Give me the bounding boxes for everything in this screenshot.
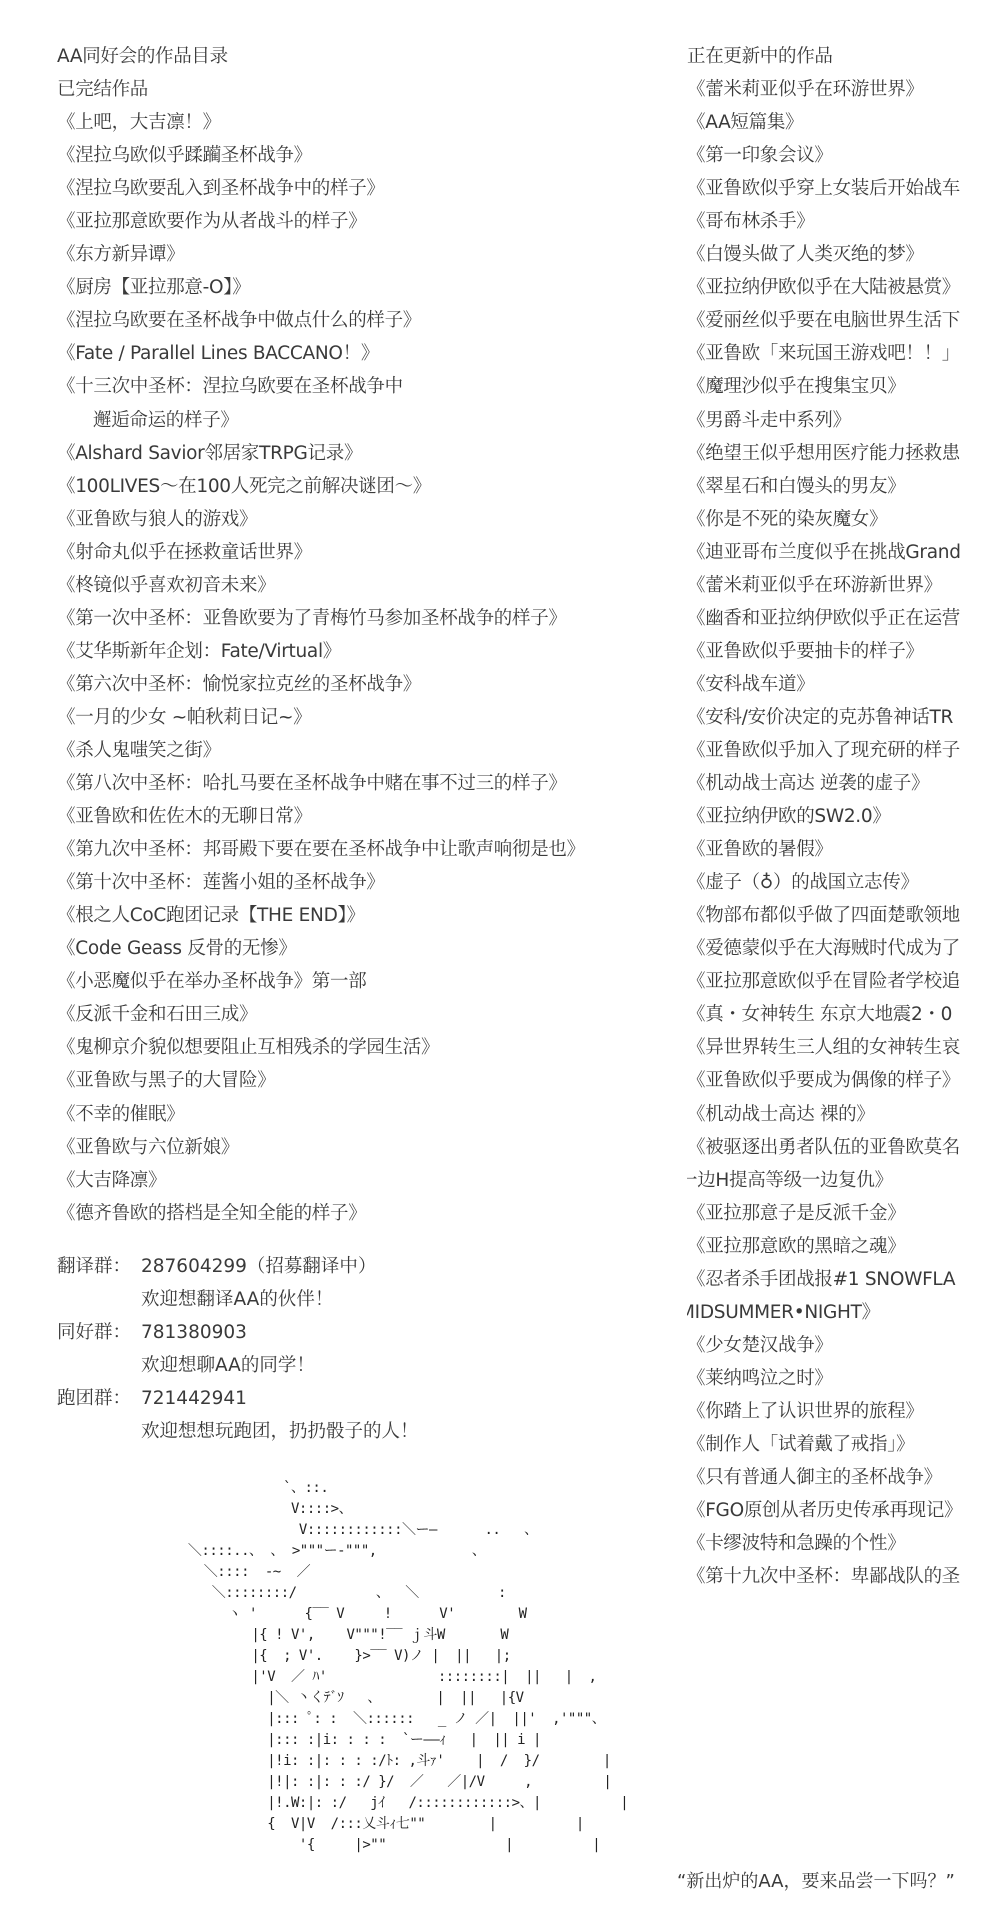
work-title-item: 《爱德蒙似乎在大海贼时代成为了 [687, 932, 1000, 965]
work-title-item: 《迪亚哥布兰度似乎在挑战Grand [687, 536, 1000, 569]
work-title-item: 《卡缪波特和急躁的个性》 [687, 1527, 1000, 1560]
work-title-item: 《被驱逐出勇者队伍的亚鲁欧莫名 [687, 1131, 1000, 1164]
work-title-item: 《亚鲁欧的暑假》 [687, 833, 1000, 866]
work-title-item: 《亚鲁欧和佐佐木的无聊日常》 [57, 800, 677, 833]
work-title-item: 《亚拉纳伊欧的SW2.0》 [687, 800, 1000, 833]
section-ongoing-heading: 正在更新中的作品 [687, 40, 1000, 73]
group-note: 欢迎想翻译AA的伙伴！ [57, 1283, 677, 1316]
work-title-item: 《FGO原创从者历史传承再现记》 [687, 1494, 1000, 1527]
work-title-item: 《物部布都似乎做了四面楚歌领地 [687, 899, 1000, 932]
work-title-item: 《哥布林杀手》 [687, 205, 1000, 238]
work-title-item: 《涅拉乌欧要在圣杯战争中做点什么的样子》 [57, 304, 677, 337]
work-title-item: 《德齐鲁欧的搭档是全知全能的样子》 [57, 1197, 677, 1230]
work-title-item: 《Fate / Parallel Lines BACCANO！》 [57, 337, 677, 370]
work-title-item: 《亚鲁欧与六位新娘》 [57, 1131, 677, 1164]
work-title-item: 《东方新异谭》 [57, 238, 677, 271]
work-title-item: 《只有普通人御主的圣杯战争》 [687, 1461, 1000, 1494]
work-title-item: 《亚鲁欧似乎要成为偶像的样子》 [687, 1064, 1000, 1097]
ascii-art-illustration: `、::. V::::>、 V::::::::::::＼ー― .. 、 ＼:::… [180, 1478, 620, 1927]
work-title-item: 《亚拉纳伊欧似乎在大陆被悬赏》 [687, 271, 1000, 304]
work-title-item: 《一月的少女 ~帕秋莉日记~》 [57, 701, 677, 734]
work-title-item: 《小恶魔似乎在举办圣杯战争》第一部 [57, 965, 677, 998]
work-title-item: 《男爵斗走中系列》 [687, 404, 1000, 437]
work-title-item: 《忍者杀手团战报#1 SNOWFLA [687, 1263, 1000, 1296]
work-title-item: 《翠星石和白馒头的男友》 [687, 470, 1000, 503]
work-title-item: 《亚拉那意欧要作为从者战斗的样子》 [57, 205, 677, 238]
group-number: 287604299（招募翻译中） [141, 1250, 376, 1283]
work-title-item: 《异世界转生三人组的女神转生哀 [687, 1031, 1000, 1064]
work-title-item: 《大吉降凛》 [57, 1164, 677, 1197]
work-title-item: 《安科/安价决定的克苏鲁神话TR [687, 701, 1000, 734]
work-title-item: 《第六次中圣杯：愉悦家拉克丝的圣杯战争》 [57, 668, 677, 701]
ongoing-works-column: 正在更新中的作品 《蕾米莉亚似乎在环游世界》《AA短篇集》《第一印象会议》《亚鲁… [687, 40, 1000, 1593]
work-title-item: 《虚子（♁）的战国立志传》 [687, 866, 1000, 899]
work-title-item: 《白馒头做了人类灭绝的梦》 [687, 238, 1000, 271]
work-title-item: 《根之人CoC跑团记录【THE END】》 [57, 899, 677, 932]
work-title-item: 《Alshard Savior邻居家TRPG记录》 [57, 437, 677, 470]
catalog-title: AA同好会的作品目录 [57, 40, 677, 73]
work-title-item: 《机动战士高达 裸的》 [687, 1098, 1000, 1131]
work-title-item: 《亚鲁欧「来玩国王游戏吧！！」 [687, 337, 1000, 370]
work-title-item: 《魔理沙似乎在搜集宝贝》 [687, 370, 1000, 403]
group-label: 同好群： [57, 1316, 141, 1349]
work-title-item: 《蕾米莉亚似乎在环游世界》 [687, 73, 1000, 106]
work-title-item: 《亚鲁欧与狼人的游戏》 [57, 503, 677, 536]
group-info: 翻译群：287604299（招募翻译中）欢迎想翻译AA的伙伴！同好群：78138… [57, 1250, 677, 1448]
work-title-item: 《AA短篇集》 [687, 106, 1000, 139]
work-title-item: 《你是不死的染灰魔女》 [687, 503, 1000, 536]
group-number: 721442941 [141, 1382, 247, 1415]
work-title-item: 《幽香和亚拉纳伊欧似乎正在运营 [687, 602, 1000, 635]
group-note: 欢迎想聊AA的同学！ [57, 1349, 677, 1382]
work-title-item: 《安科战车道》 [687, 668, 1000, 701]
work-title-item: 一边H提高等级一边复仇》 [687, 1164, 1000, 1197]
work-title-item: 《亚拉那意子是反派千金》 [687, 1197, 1000, 1230]
work-title-item: 《鬼柳京介貌似想要阻止互相残杀的学园生活》 [57, 1031, 677, 1064]
work-title-item: 《亚拉那意欧的黑暗之魂》 [687, 1230, 1000, 1263]
completed-works-list: 《上吧，大吉凛！》《涅拉乌欧似乎蹂躏圣杯战争》《涅拉乌欧要乱入到圣杯战争中的样子… [57, 106, 677, 1230]
work-title-item: 《十三次中圣杯：涅拉乌欧要在圣杯战争中 [57, 370, 677, 403]
work-title-item: 《Code Geass 反骨的无惨》 [57, 932, 677, 965]
work-title-item: 《亚鲁欧似乎穿上女装后开始战车 [687, 172, 1000, 205]
work-title-item: 《机动战士高达 逆袭的虚子》 [687, 767, 1000, 800]
work-title-item: 《第十次中圣杯：莲酱小姐的圣杯战争》 [57, 866, 677, 899]
work-title-item: 《杀人鬼嗤笑之街》 [57, 734, 677, 767]
work-title-item: 《柊镜似乎喜欢初音未来》 [57, 569, 677, 602]
work-title-item: 《亚鲁欧似乎加入了现充研的样子 [687, 734, 1000, 767]
group-row: 同好群：781380903 [57, 1316, 677, 1349]
group-note: 欢迎想想玩跑团，扔扔骰子的人！ [57, 1415, 677, 1448]
group-number: 781380903 [141, 1316, 247, 1349]
work-title-item: 《制作人「试着戴了戒指」》 [687, 1428, 1000, 1461]
work-title-item: 《爱丽丝似乎要在电脑世界生活下 [687, 304, 1000, 337]
work-title-item: 《亚鲁欧与黑子的大冒险》 [57, 1064, 677, 1097]
work-title-item: 《第八次中圣杯：哈扎马要在圣杯战争中赌在事不过三的样子》 [57, 767, 677, 800]
work-title-item: 《涅拉乌欧似乎蹂躏圣杯战争》 [57, 139, 677, 172]
work-title-item: 《真・女神转生 东京大地震2・0 [687, 998, 1000, 1031]
work-title-item: 《莱纳鸣泣之时》 [687, 1362, 1000, 1395]
work-title-item: 《反派千金和石田三成》 [57, 998, 677, 1031]
work-title-item: 《艾华斯新年企划：Fate/Virtual》 [57, 635, 677, 668]
work-title-item: 《射命丸似乎在拯救童话世界》 [57, 536, 677, 569]
tagline-quote: “新出炉的AA，要来品尝一下吗？” [677, 1867, 955, 1893]
work-title-item: 《绝望王似乎想用医疗能力拯救患 [687, 437, 1000, 470]
work-title-item: 《亚鲁欧似乎要抽卡的样子》 [687, 635, 1000, 668]
group-row: 跑团群：721442941 [57, 1382, 677, 1415]
work-title-item: 《第十九次中圣杯：卑鄙战队的圣 [687, 1560, 1000, 1593]
work-title-item: 《上吧，大吉凛！》 [57, 106, 677, 139]
work-title-item: 《第一印象会议》 [687, 139, 1000, 172]
ongoing-works-list: 《蕾米莉亚似乎在环游世界》《AA短篇集》《第一印象会议》《亚鲁欧似乎穿上女装后开… [687, 73, 1000, 1593]
work-title-item: 邂逅命运的样子》 [57, 404, 677, 437]
work-title-item: 《100LIVES～在100人死完之前解决谜团～》 [57, 470, 677, 503]
work-title-item: 《亚拉那意欧似乎在冒险者学校追 [687, 965, 1000, 998]
completed-works-column: AA同好会的作品目录 已完结作品 《上吧，大吉凛！》《涅拉乌欧似乎蹂躏圣杯战争》… [57, 40, 677, 1448]
work-title-item: 《不幸的催眠》 [57, 1098, 677, 1131]
work-title-item: 《你踏上了认识世界的旅程》 [687, 1395, 1000, 1428]
group-label: 跑团群： [57, 1382, 141, 1415]
work-title-item: 《少女楚汉战争》 [687, 1329, 1000, 1362]
work-title-item: MIDSUMMER•NIGHT》 [687, 1296, 1000, 1329]
work-title-item: 《涅拉乌欧要乱入到圣杯战争中的样子》 [57, 172, 677, 205]
work-title-item: 《厨房【亚拉那意-O】》 [57, 271, 677, 304]
work-title-item: 《第一次中圣杯：亚鲁欧要为了青梅竹马参加圣杯战争的样子》 [57, 602, 677, 635]
section-completed-heading: 已完结作品 [57, 73, 677, 106]
group-label: 翻译群： [57, 1250, 141, 1283]
group-row: 翻译群：287604299（招募翻译中） [57, 1250, 677, 1283]
work-title-item: 《第九次中圣杯：邦哥殿下要在要在圣杯战争中让歌声响彻是也》 [57, 833, 677, 866]
work-title-item: 《蕾米莉亚似乎在环游新世界》 [687, 569, 1000, 602]
